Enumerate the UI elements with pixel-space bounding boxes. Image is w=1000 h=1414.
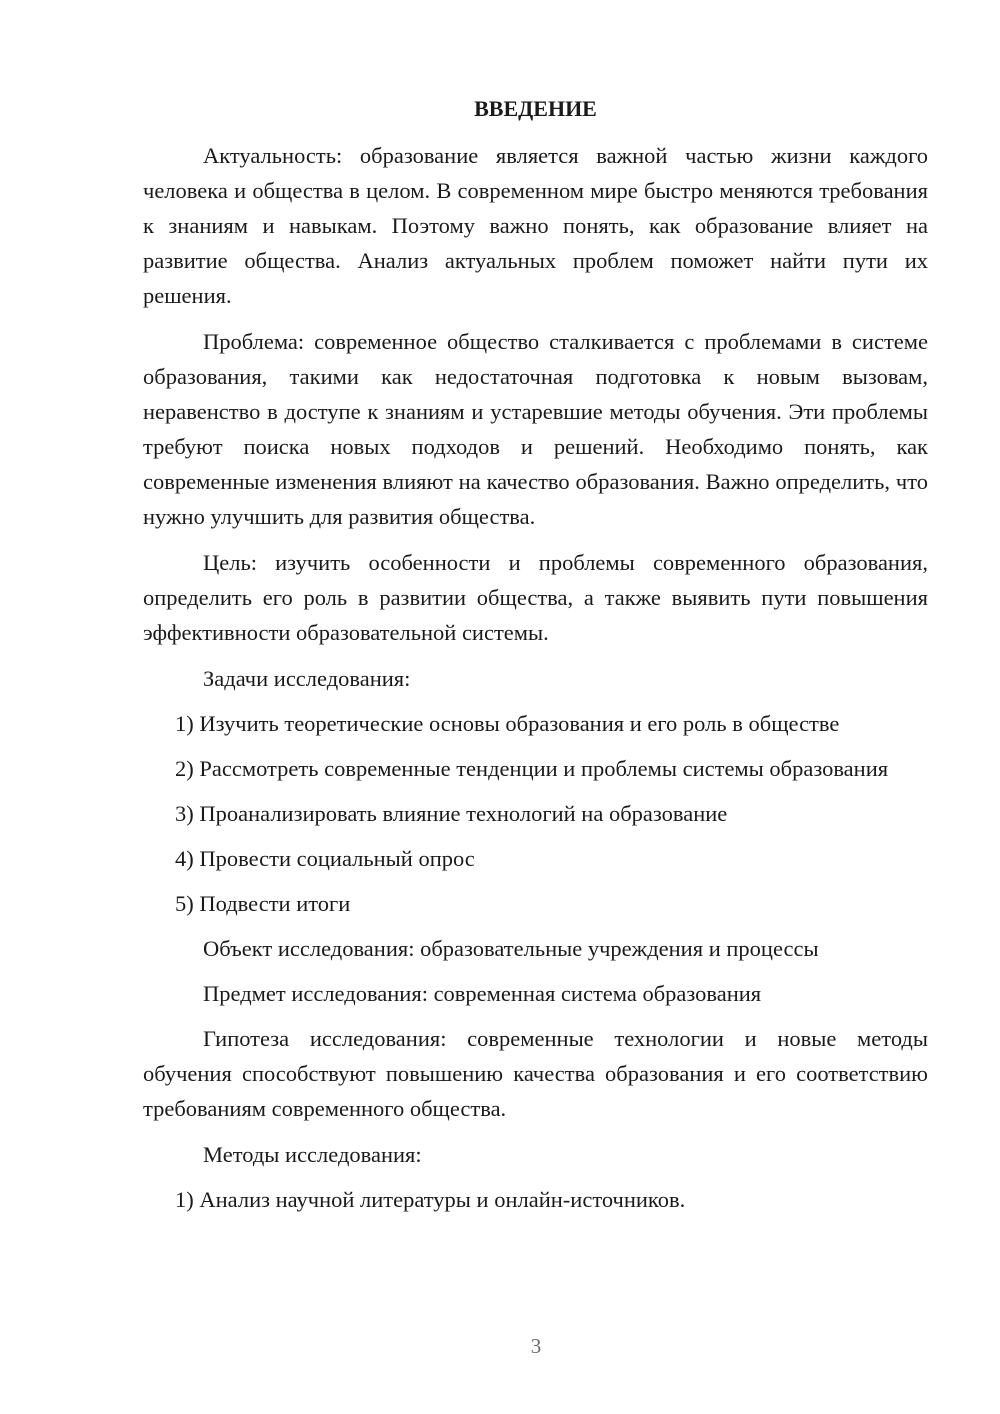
paragraph-hypothesis: Гипотеза исследования: современные техно… <box>143 1021 928 1126</box>
paragraph-relevance: Актуальность: образование является важно… <box>143 138 928 313</box>
list-item: 3) Проанализировать влияние технологий н… <box>143 796 928 831</box>
list-item: 2) Рассмотреть современные тенденции и п… <box>143 751 928 786</box>
list-item: 4) Провести социальный опрос <box>143 841 928 876</box>
list-item: 1) Изучить теоретические основы образова… <box>143 706 928 741</box>
page-number: 3 <box>0 1334 1000 1359</box>
paragraph-object: Объект исследования: образовательные учр… <box>143 931 928 966</box>
list-item: 5) Подвести итоги <box>143 886 928 921</box>
paragraph-subject: Предмет исследования: современная систем… <box>143 976 928 1011</box>
methods-list: 1) Анализ научной литературы и онлайн-ис… <box>143 1182 928 1217</box>
list-item: 1) Анализ научной литературы и онлайн-ис… <box>143 1182 928 1217</box>
paragraph-goal: Цель: изучить особенности и проблемы сов… <box>143 545 928 650</box>
methods-heading: Методы исследования: <box>143 1137 928 1172</box>
document-page: ВВЕДЕНИЕ Актуальность: образование являе… <box>143 94 928 1227</box>
tasks-list: 1) Изучить теоретические основы образова… <box>143 706 928 921</box>
tasks-heading: Задачи исследования: <box>143 661 928 696</box>
paragraph-problem: Проблема: современное общество сталкивае… <box>143 324 928 534</box>
section-title: ВВЕДЕНИЕ <box>143 94 928 124</box>
